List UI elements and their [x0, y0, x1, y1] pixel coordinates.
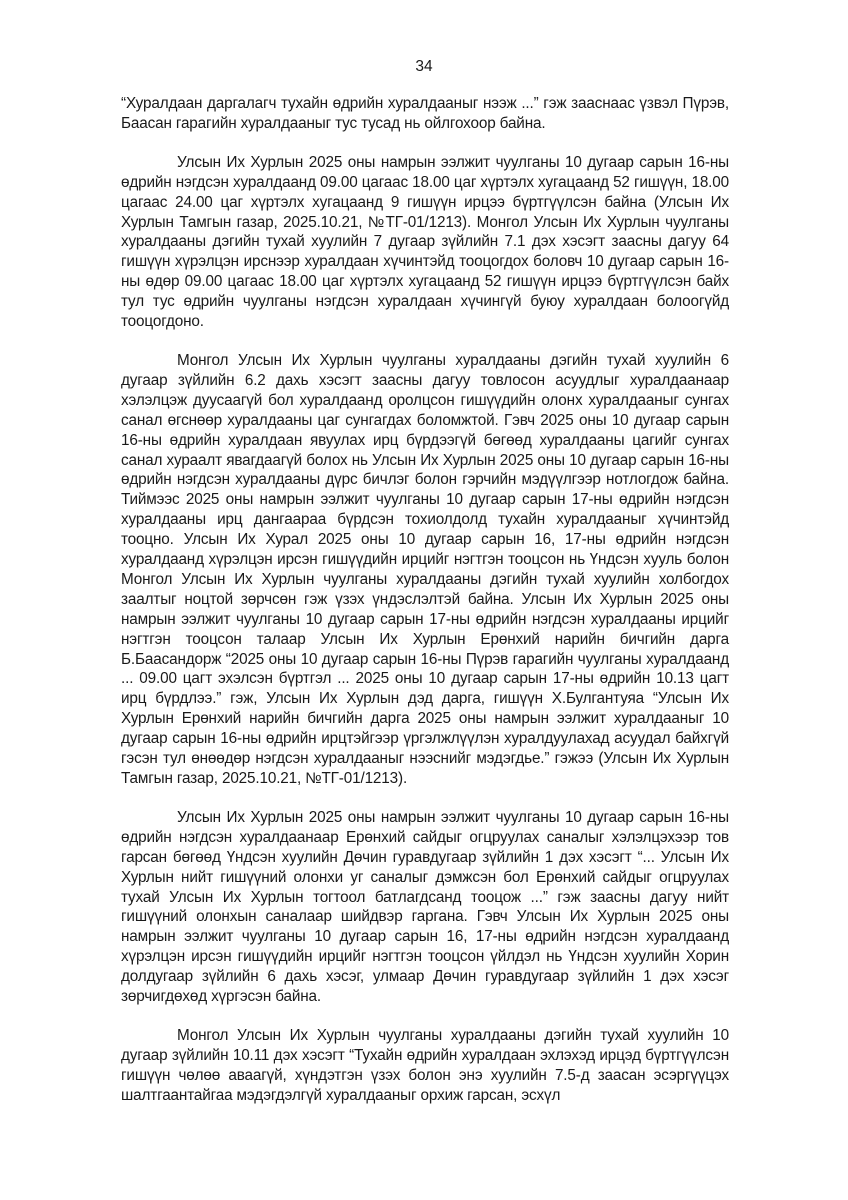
paragraph-5: Монгол Улсын Их Хурлын чуулганы хуралдаа… — [121, 1026, 729, 1106]
paragraph-2: Улсын Их Хурлын 2025 оны намрын ээлжит ч… — [121, 153, 729, 332]
paragraph-4: Улсын Их Хурлын 2025 оны намрын ээлжит ч… — [121, 808, 729, 1007]
page-number: 34 — [0, 58, 848, 76]
document-body: “Хуралдаан даргалагч тухайн өдрийн хурал… — [121, 94, 729, 1125]
paragraph-1: “Хуралдаан даргалагч тухайн өдрийн хурал… — [121, 94, 729, 134]
paragraph-3: Монгол Улсын Их Хурлын чуулганы хуралдаа… — [121, 351, 729, 789]
